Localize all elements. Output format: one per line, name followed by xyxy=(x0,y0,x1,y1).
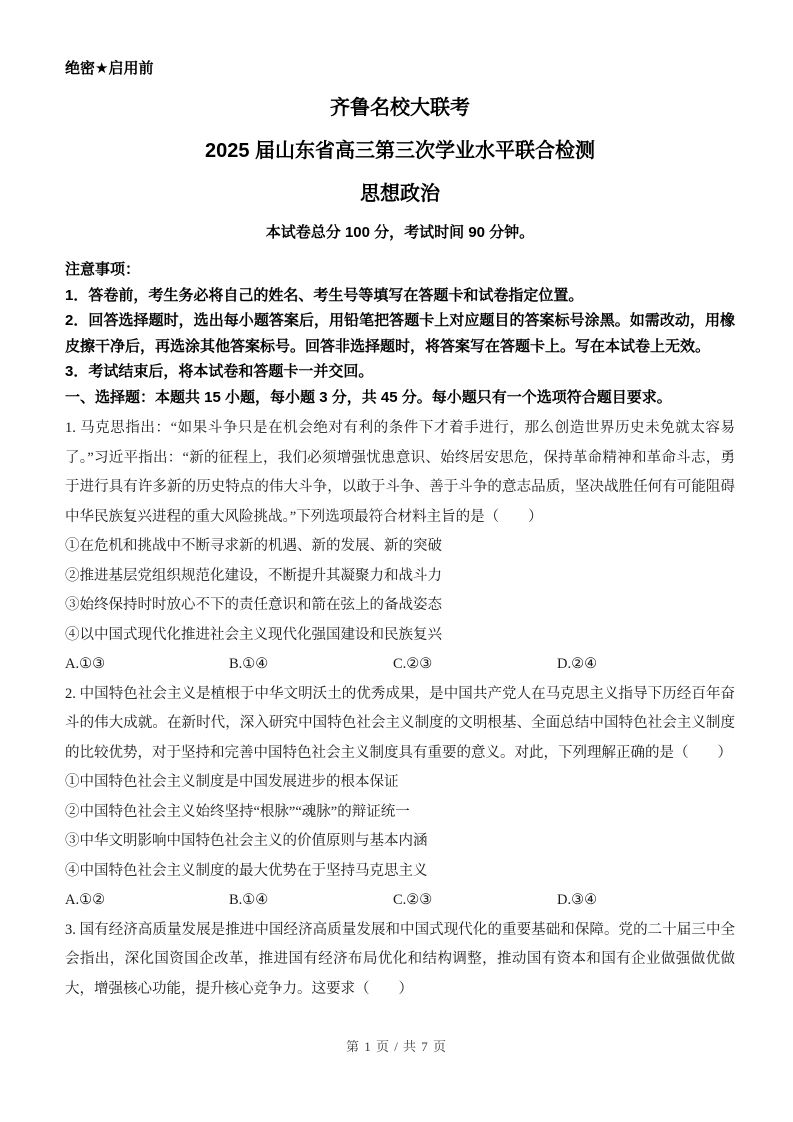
statement-line: ②中国特色社会主义始终坚持“根脉”“魂脉”的辩证统一 xyxy=(65,798,735,828)
page-content: 绝密★启用前 齐鲁名校大联考 2025 届山东省高三第三次学业水平联合检测 思想… xyxy=(0,0,793,1004)
choice-option-b: B.①④ xyxy=(229,650,393,680)
choice-option-c: C.②③ xyxy=(393,886,557,916)
statement-line: ②推进基层党组织规范化建设，不断提升其凝聚力和战斗力 xyxy=(65,562,735,592)
choice-option-b: B.①④ xyxy=(229,886,393,916)
choice-option-d: D.③④ xyxy=(557,886,597,916)
questions-area: 1. 马克思指出：“如果斗争只是在机会绝对有利的条件下才着手进行，那么创造世界历… xyxy=(65,414,735,1004)
question-stem: 1. 马克思指出：“如果斗争只是在机会绝对有利的条件下才着手进行，那么创造世界历… xyxy=(65,414,735,532)
statement-line: ③中华文明影响中国特色社会主义的价值原则与基本内涵 xyxy=(65,827,735,857)
choice-option-a: A.①③ xyxy=(65,650,229,680)
subject-title: 思想政治 xyxy=(65,182,735,207)
statement-line: ④中国特色社会主义制度的最大优势在于坚持马克思主义 xyxy=(65,857,735,887)
notices-block: 注意事项： 1．答卷前，考生务必将自己的姓名、考生号等填写在答题卡和试卷指定位置… xyxy=(65,257,735,385)
statement-line: ①中国特色社会主义制度是中国发展进步的根本保证 xyxy=(65,768,735,798)
question-3: 3. 国有经济高质量发展是推进中国经济高质量发展和中国式现代化的重要基础和保障。… xyxy=(65,916,735,1005)
question-stem: 3. 国有经济高质量发展是推进中国经济高质量发展和中国式现代化的重要基础和保障。… xyxy=(65,916,735,1005)
section-heading-choice-questions: 一、选择题：本题共 15 小题，每小题 3 分，共 45 分。每小题只有一个选项… xyxy=(65,385,735,411)
statement-line: ④以中国式现代化推进社会主义现代化强国建设和民族复兴 xyxy=(65,621,735,651)
notice-item: 1．答卷前，考生务必将自己的姓名、考生号等填写在答题卡和试卷指定位置。 xyxy=(65,283,735,309)
question-stem-text: 马克思指出：“如果斗争只是在机会绝对有利的条件下才着手进行，那么创造世界历史未免… xyxy=(65,420,735,525)
choice-option-d: D.②④ xyxy=(557,650,597,680)
choices-row: A.①② B.①④ C.②③ D.③④ xyxy=(65,886,735,916)
choice-option-c: C.②③ xyxy=(393,650,557,680)
choices-row: A.①③ B.①④ C.②③ D.②④ xyxy=(65,650,735,680)
question-number: 1. xyxy=(65,420,76,436)
question-stem-text: 中国特色社会主义是植根于中华文明沃土的优秀成果，是中国共产党人在马克思主义指导下… xyxy=(65,686,735,761)
statement-line: ①在危机和挑战中不断寻求新的机遇、新的发展、新的突破 xyxy=(65,532,735,562)
question-1: 1. 马克思指出：“如果斗争只是在机会绝对有利的条件下才着手进行，那么创造世界历… xyxy=(65,414,735,680)
notice-item: 2．回答选择题时，选出每小题答案后，用铅笔把答题卡上对应题目的答案标号涂黑。如需… xyxy=(65,308,735,359)
question-number: 2. xyxy=(65,686,76,702)
exam-title: 2025 届山东省高三第三次学业水平联合检测 xyxy=(65,139,735,164)
notice-item: 3．考试结束后，将本试卷和答题卡一并交回。 xyxy=(65,359,735,385)
exam-series-title: 齐鲁名校大联考 xyxy=(65,96,735,121)
exam-paper-page: 绝密★启用前 齐鲁名校大联考 2025 届山东省高三第三次学业水平联合检测 思想… xyxy=(0,0,793,1122)
notices-heading: 注意事项： xyxy=(65,257,735,283)
statement-line: ③始终保持时时放心不下的责任意识和箭在弦上的备战姿态 xyxy=(65,591,735,621)
question-number: 3. xyxy=(65,922,76,938)
choice-option-a: A.①② xyxy=(65,886,229,916)
question-stem: 2. 中国特色社会主义是植根于中华文明沃土的优秀成果，是中国共产党人在马克思主义… xyxy=(65,680,735,769)
question-stem-text: 国有经济高质量发展是推进中国经济高质量发展和中国式现代化的重要基础和保障。党的二… xyxy=(65,922,735,997)
secrecy-label: 绝密★启用前 xyxy=(65,58,735,79)
exam-info-line: 本试卷总分 100 分，考试时间 90 分钟。 xyxy=(65,223,735,243)
page-number-indicator: 第 1 页 / 共 7 页 xyxy=(0,1036,793,1055)
question-2: 2. 中国特色社会主义是植根于中华文明沃土的优秀成果，是中国共产党人在马克思主义… xyxy=(65,680,735,916)
